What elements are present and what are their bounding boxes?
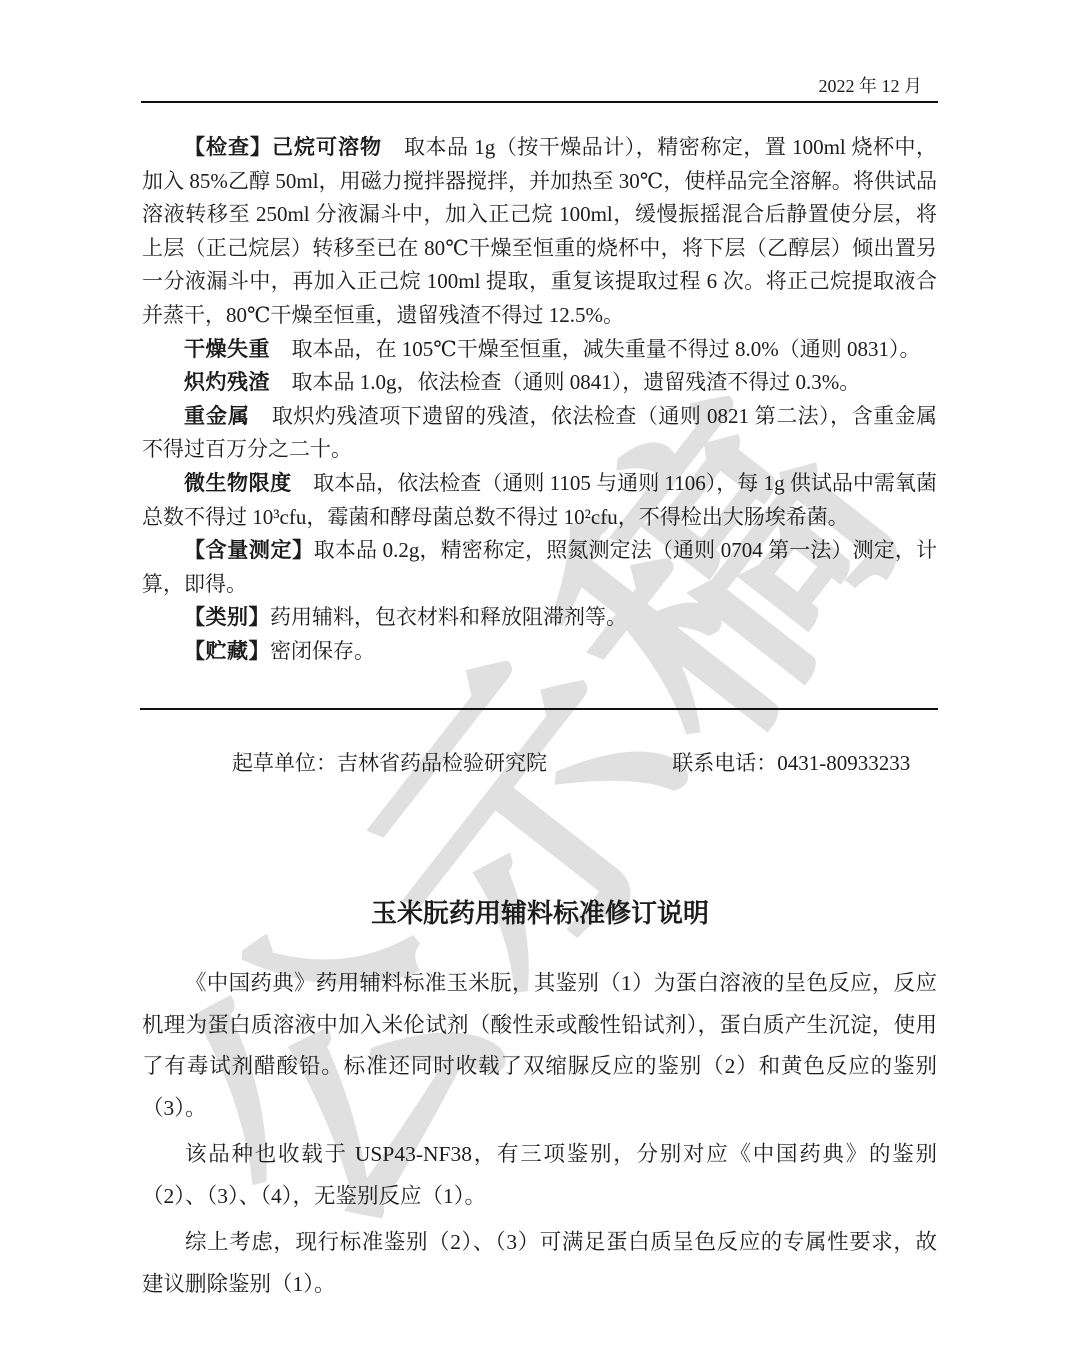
- monograph-paragraph: 【类别】药用辅料，包衣材料和释放阻滞剂等。: [142, 601, 937, 635]
- drafting-unit-value: 吉林省药品检验研究院: [337, 751, 547, 775]
- paragraph-lead: 重金属: [184, 404, 272, 428]
- paragraph-lead: 【检查】己烷可溶物: [184, 135, 404, 159]
- paragraph-text: 取本品 1.0g，依法检查（通则 0841），遗留残渣不得过 0.3%。: [292, 370, 861, 394]
- header-rule: [141, 101, 938, 103]
- document-page: 公示稿 2022 年 12 月 【检查】己烷可溶物 取本品 1g（按干燥品计），…: [0, 0, 1080, 1353]
- monograph-paragraph: 微生物限度 取本品，依法检查（通则 1105 与通则 1106），每 1g 供试…: [142, 467, 937, 534]
- paragraph-text: 密闭保存。: [270, 639, 375, 663]
- revision-paragraph: 该品种也收载于 USP43-NF38，有三项鉴别，分别对应《中国药典》的鉴别（2…: [142, 1134, 937, 1217]
- drafting-unit: 起草单位：吉林省药品检验研究院: [232, 751, 547, 775]
- paragraph-lead: 【贮藏】: [184, 639, 270, 663]
- monograph-paragraph: 【检查】己烷可溶物 取本品 1g（按干燥品计），精密称定，置 100ml 烧杯中…: [142, 131, 937, 333]
- contact-phone-label: 联系电话：: [672, 751, 777, 775]
- paragraph-text: 药用辅料，包衣材料和释放阻滞剂等。: [270, 605, 627, 629]
- contact-phone-value: 0431-80933233: [777, 751, 910, 775]
- paragraph-lead: 【含量测定】: [184, 538, 314, 562]
- monograph-paragraph: 炽灼残渣 取本品 1.0g，依法检查（通则 0841），遗留残渣不得过 0.3%…: [142, 366, 937, 400]
- section-divider: [140, 708, 938, 710]
- paragraph-lead: 干燥失重: [184, 337, 292, 361]
- revision-note-body: 《中国药典》药用辅料标准玉米朊，其鉴别（1）为蛋白溶液的呈色反应，反应机理为蛋白…: [142, 963, 937, 1310]
- revision-paragraph: 综上考虑，现行标准鉴别（2）、（3）可满足蛋白质呈色反应的专属性要求，故建议删除…: [142, 1222, 937, 1305]
- header-date: 2022 年 12 月: [819, 72, 923, 98]
- paragraph-text: 取本品，在 105℃干燥至恒重，减失重量不得过 8.0%（通则 0831）。: [292, 337, 921, 361]
- paragraph-text: 取本品 1g（按干燥品计），精密称定，置 100ml 烧杯中，加入 85%乙醇 …: [142, 135, 937, 327]
- contact-phone: 联系电话：0431-80933233: [672, 751, 910, 775]
- monograph-paragraph: 【贮藏】密闭保存。: [142, 635, 937, 669]
- revision-note-title: 玉米朊药用辅料标准修订说明: [0, 893, 1080, 930]
- monograph-paragraph: 【含量测定】取本品 0.2g，精密称定，照氮测定法（通则 0704 第一法）测定…: [142, 534, 937, 601]
- drafting-unit-label: 起草单位：: [232, 751, 337, 775]
- monograph-paragraph: 重金属 取炽灼残渣项下遗留的残渣，依法检查（通则 0821 第二法），含重金属不…: [142, 400, 937, 467]
- paragraph-lead: 微生物限度: [184, 471, 313, 495]
- revision-paragraph: 《中国药典》药用辅料标准玉米朊，其鉴别（1）为蛋白溶液的呈色反应，反应机理为蛋白…: [142, 963, 937, 1129]
- paragraph-lead: 炽灼残渣: [184, 370, 292, 394]
- paragraph-lead: 【类别】: [184, 605, 270, 629]
- monograph-paragraph: 干燥失重 取本品，在 105℃干燥至恒重，减失重量不得过 8.0%（通则 083…: [142, 333, 937, 367]
- drafting-info-row: 起草单位：吉林省药品检验研究院 联系电话：0431-80933233: [142, 747, 937, 777]
- monograph-section: 【检查】己烷可溶物 取本品 1g（按干燥品计），精密称定，置 100ml 烧杯中…: [142, 131, 937, 669]
